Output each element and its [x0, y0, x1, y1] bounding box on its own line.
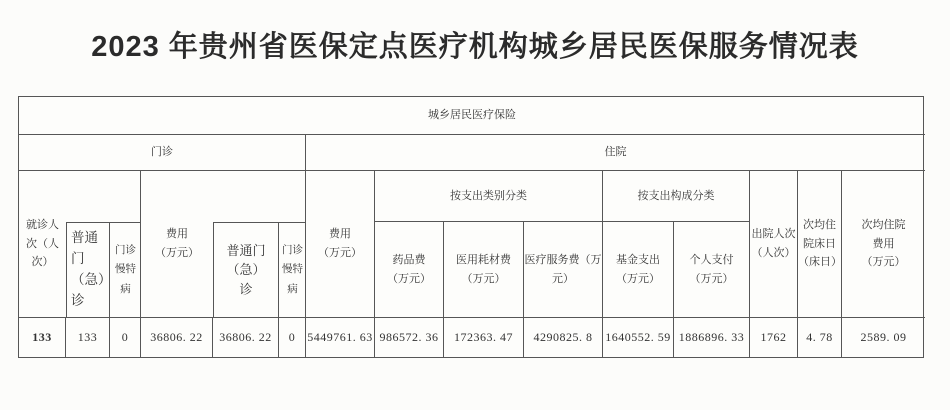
cell-visits-chronic: 0: [110, 318, 141, 357]
header-fee-general: 普通门（急） 诊: [213, 222, 279, 317]
header-fund-pay: 基金支出 （万元）: [603, 222, 674, 318]
cell-avg-bed-days: 4. 78: [798, 318, 842, 357]
header-outpatient-section: 门诊: [19, 135, 306, 171]
header-outpatient-visits-group: 就诊人 次（人 次） 普通 门 （急） 诊 门诊 慢特 病: [19, 171, 141, 318]
header-personal-pay: 个人支付 （万元）: [674, 222, 750, 318]
header-outpatient-fee-total: 费用 （万元）: [141, 171, 213, 317]
header-visits-general: 普通 门 （急） 诊: [66, 222, 110, 317]
header-service-fee: 医疗服务费（万 元）: [524, 222, 603, 318]
cell-service-fee: 4290825. 8: [524, 318, 603, 357]
cell-outpatient-fee-chronic: 0: [279, 318, 306, 357]
header-inpatient-section: 住院: [306, 135, 925, 171]
header-avg-bed-days: 次均住 院床日 （床日）: [798, 171, 842, 318]
header-by-expense-composition-group: 按支出构成分类: [603, 171, 750, 222]
cell-consumables-fee: 172363. 47: [444, 318, 524, 357]
header-visits-chronic: 门诊 慢特 病: [110, 222, 141, 317]
cell-personal-pay: 1886896. 33: [674, 318, 750, 357]
cell-outpatient-fee-general: 36806. 22: [213, 318, 279, 357]
header-outpatient-fee-group: 费用 （万元） 普通门（急） 诊 门诊 慢特 病: [141, 171, 306, 318]
header-visits-total: 就诊人 次（人 次）: [19, 171, 66, 317]
scanned-report-page: 2023 年贵州省医保定点医疗机构城乡居民医保服务情况表 城乡居民医疗保险 门诊…: [0, 0, 950, 410]
header-avg-inpatient-fee: 次均住院 费用 （万元）: [842, 171, 925, 318]
page-title: 2023 年贵州省医保定点医疗机构城乡居民医保服务情况表: [0, 24, 950, 65]
cell-visits-general: 133: [66, 318, 110, 357]
cell-drug-fee: 986572. 36: [375, 318, 444, 357]
cell-visits-total: 133: [19, 318, 66, 357]
header-by-expense-type-group: 按支出类别分类: [375, 171, 603, 222]
header-inpatient-fee: 费用 （万元）: [306, 171, 375, 318]
cell-avg-inpatient-fee: 2589. 09: [842, 318, 925, 357]
cell-discharges: 1762: [750, 318, 798, 357]
header-drug-fee: 药品费 （万元）: [375, 222, 444, 318]
cell-inpatient-fee: 5449761. 63: [306, 318, 375, 357]
header-discharges: 出院人次 （人次）: [750, 171, 798, 318]
cell-outpatient-fee-total: 36806. 22: [141, 318, 213, 357]
header-insurance-type: 城乡居民医疗保险: [19, 97, 925, 135]
header-consumables-fee: 医用耗材费 （万元）: [444, 222, 524, 318]
header-fee-chronic: 门诊 慢特 病: [279, 222, 306, 317]
insurance-service-table: 城乡居民医疗保险 门诊 住院 就诊人 次（人 次） 普通 门 （急） 诊 门诊 …: [18, 96, 924, 358]
cell-fund-pay: 1640552. 59: [603, 318, 674, 357]
